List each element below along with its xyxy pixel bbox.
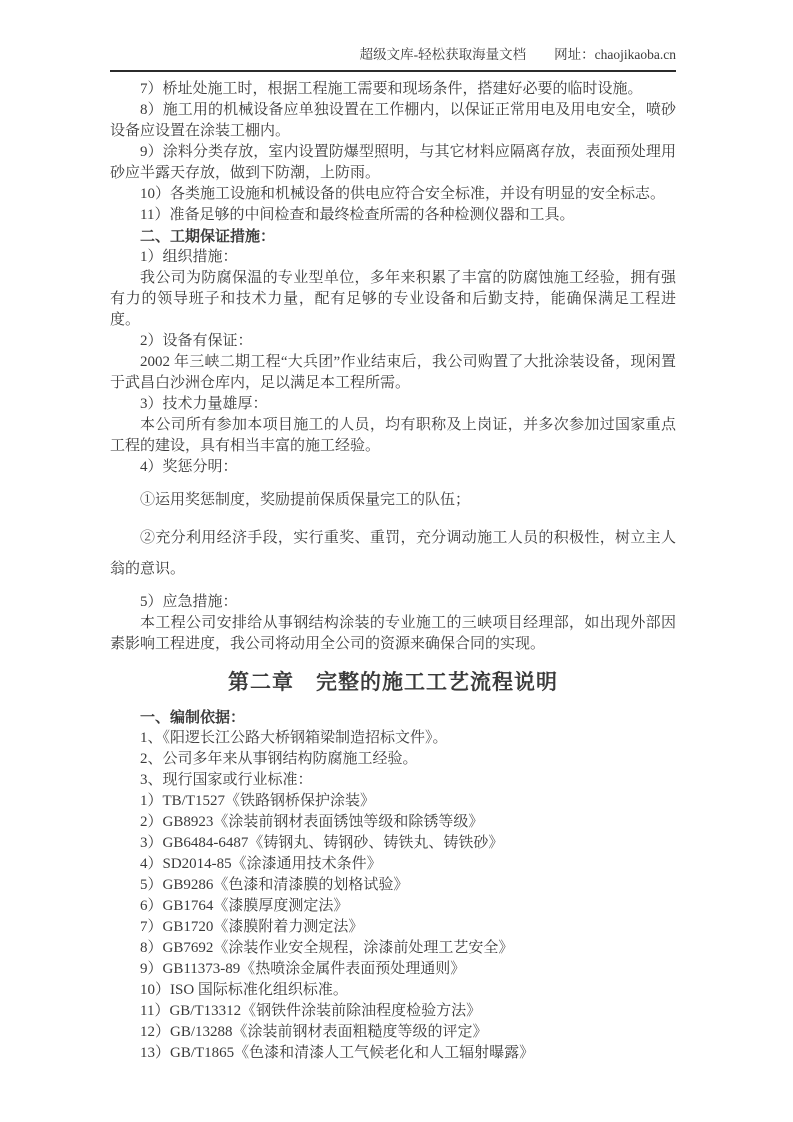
paragraph-reward-item-2: ②充分利用经济手段，实行重奖、重罚，充分调动施工人员的积极性，树立主人翁的意识。	[110, 523, 676, 585]
paragraph-equipment-head: 2）设备有保证：	[110, 331, 676, 352]
standard-item-7: 7）GB1720《漆膜附着力测定法》	[110, 917, 676, 938]
paragraph-basis-1: 1、《阳逻长江公路大桥钢箱梁制造招标文件》。	[110, 728, 676, 749]
chapter-title: 第二章 完整的施工工艺流程说明	[110, 667, 676, 697]
standard-item-4: 4）SD2014-85《涂漆通用技术条件》	[110, 854, 676, 875]
paragraph-emergency-body: 本工程公司安排给从事钢结构涂装的专业施工的三峡项目经理部，如出现外部因素影响工程…	[110, 613, 676, 655]
paragraph-tech-strength-head: 3）技术力量雄厚：	[110, 394, 676, 415]
paragraph-emergency-head: 5）应急措施：	[110, 592, 676, 613]
standard-item-2: 2）GB8923《涂装前钢材表面锈蚀等级和除锈等级》	[110, 812, 676, 833]
paragraph-org-measures-body: 我公司为防腐保温的专业型单位，多年来积累了丰富的防腐蚀施工经验，拥有强有力的领导…	[110, 268, 676, 331]
standard-item-5: 5）GB9286《色漆和清漆膜的划格试验》	[110, 875, 676, 896]
standard-item-8: 8）GB7692《涂装作业安全规程，涂漆前处理工艺安全》	[110, 938, 676, 959]
header-site-label: 网址：	[554, 47, 595, 62]
paragraph-site-prep-9: 9）涂料分类存放，室内设置防爆型照明，与其它材料应隔离存放，表面预处理用砂应半露…	[110, 142, 676, 184]
section-heading-compilation-basis: 一、编制依据：	[110, 707, 676, 728]
standard-item-6: 6）GB1764《漆膜厚度测定法》	[110, 896, 676, 917]
header-site-url: chaojikaoba.cn	[595, 47, 676, 62]
paragraph-tech-strength-body: 本公司所有参加本项目施工的人员，均有职称及上岗证，并多次参加过国家重点工程的建设…	[110, 415, 676, 457]
page-header: 超级文库-轻松获取海量文档网址：chaojikaoba.cn	[110, 46, 676, 72]
paragraph-basis-3: 3、现行国家或行业标准：	[110, 770, 676, 791]
document-page: 超级文库-轻松获取海量文档网址：chaojikaoba.cn 7）桥址处施工时，…	[0, 0, 793, 1122]
paragraph-org-measures-head: 1）组织措施：	[110, 247, 676, 268]
paragraph-equipment-body: 2002 年三峡二期工程“大兵团”作业结束后，我公司购置了大批涂装设备，现闲置于…	[110, 352, 676, 394]
header-brand: 超级文库-轻松获取海量文档	[360, 47, 527, 62]
document-body: 7）桥址处施工时，根据工程施工需要和现场条件，搭建好必要的临时设施。 8）施工用…	[110, 72, 676, 1064]
paragraph-site-prep-8: 8）施工用的机械设备应单独设置在工作棚内，以保证正常用电及用电安全，喷砂设备应设…	[110, 100, 676, 142]
standard-item-9: 9）GB11373-89《热喷涂金属件表面预处理通则》	[110, 959, 676, 980]
standard-item-3: 3）GB6484-6487《铸钢丸、铸钢砂、铸铁丸、铸铁砂》	[110, 833, 676, 854]
standard-item-11: 11）GB/T13312《钢铁件涂装前除油程度检验方法》	[110, 1001, 676, 1022]
standard-item-12: 12）GB/13288《涂装前钢材表面粗糙度等级的评定》	[110, 1022, 676, 1043]
paragraph-reward-punish-head: 4）奖惩分明：	[110, 457, 676, 478]
paragraph-basis-2: 2、公司多年来从事钢结构防腐施工经验。	[110, 749, 676, 770]
paragraph-site-prep-10: 10）各类施工设施和机械设备的供电应符合安全标准，并设有明显的安全标志。	[110, 184, 676, 205]
paragraph-reward-item-1: ①运用奖惩制度，奖励提前保质保量完工的队伍；	[110, 485, 676, 516]
paragraph-site-prep-7: 7）桥址处施工时，根据工程施工需要和现场条件，搭建好必要的临时设施。	[110, 79, 676, 100]
section-heading-schedule-guarantee: 二、工期保证措施：	[110, 226, 676, 247]
standard-item-1: 1）TB/T1527《铁路钢桥保护涂装》	[110, 791, 676, 812]
standard-item-10: 10）ISO 国际标准化组织标准。	[110, 980, 676, 1001]
paragraph-site-prep-11: 11）准备足够的中间检查和最终检查所需的各种检测仪器和工具。	[110, 205, 676, 226]
standard-item-13: 13）GB/T1865《色漆和清漆人工气候老化和人工辐射曝露》	[110, 1043, 676, 1064]
